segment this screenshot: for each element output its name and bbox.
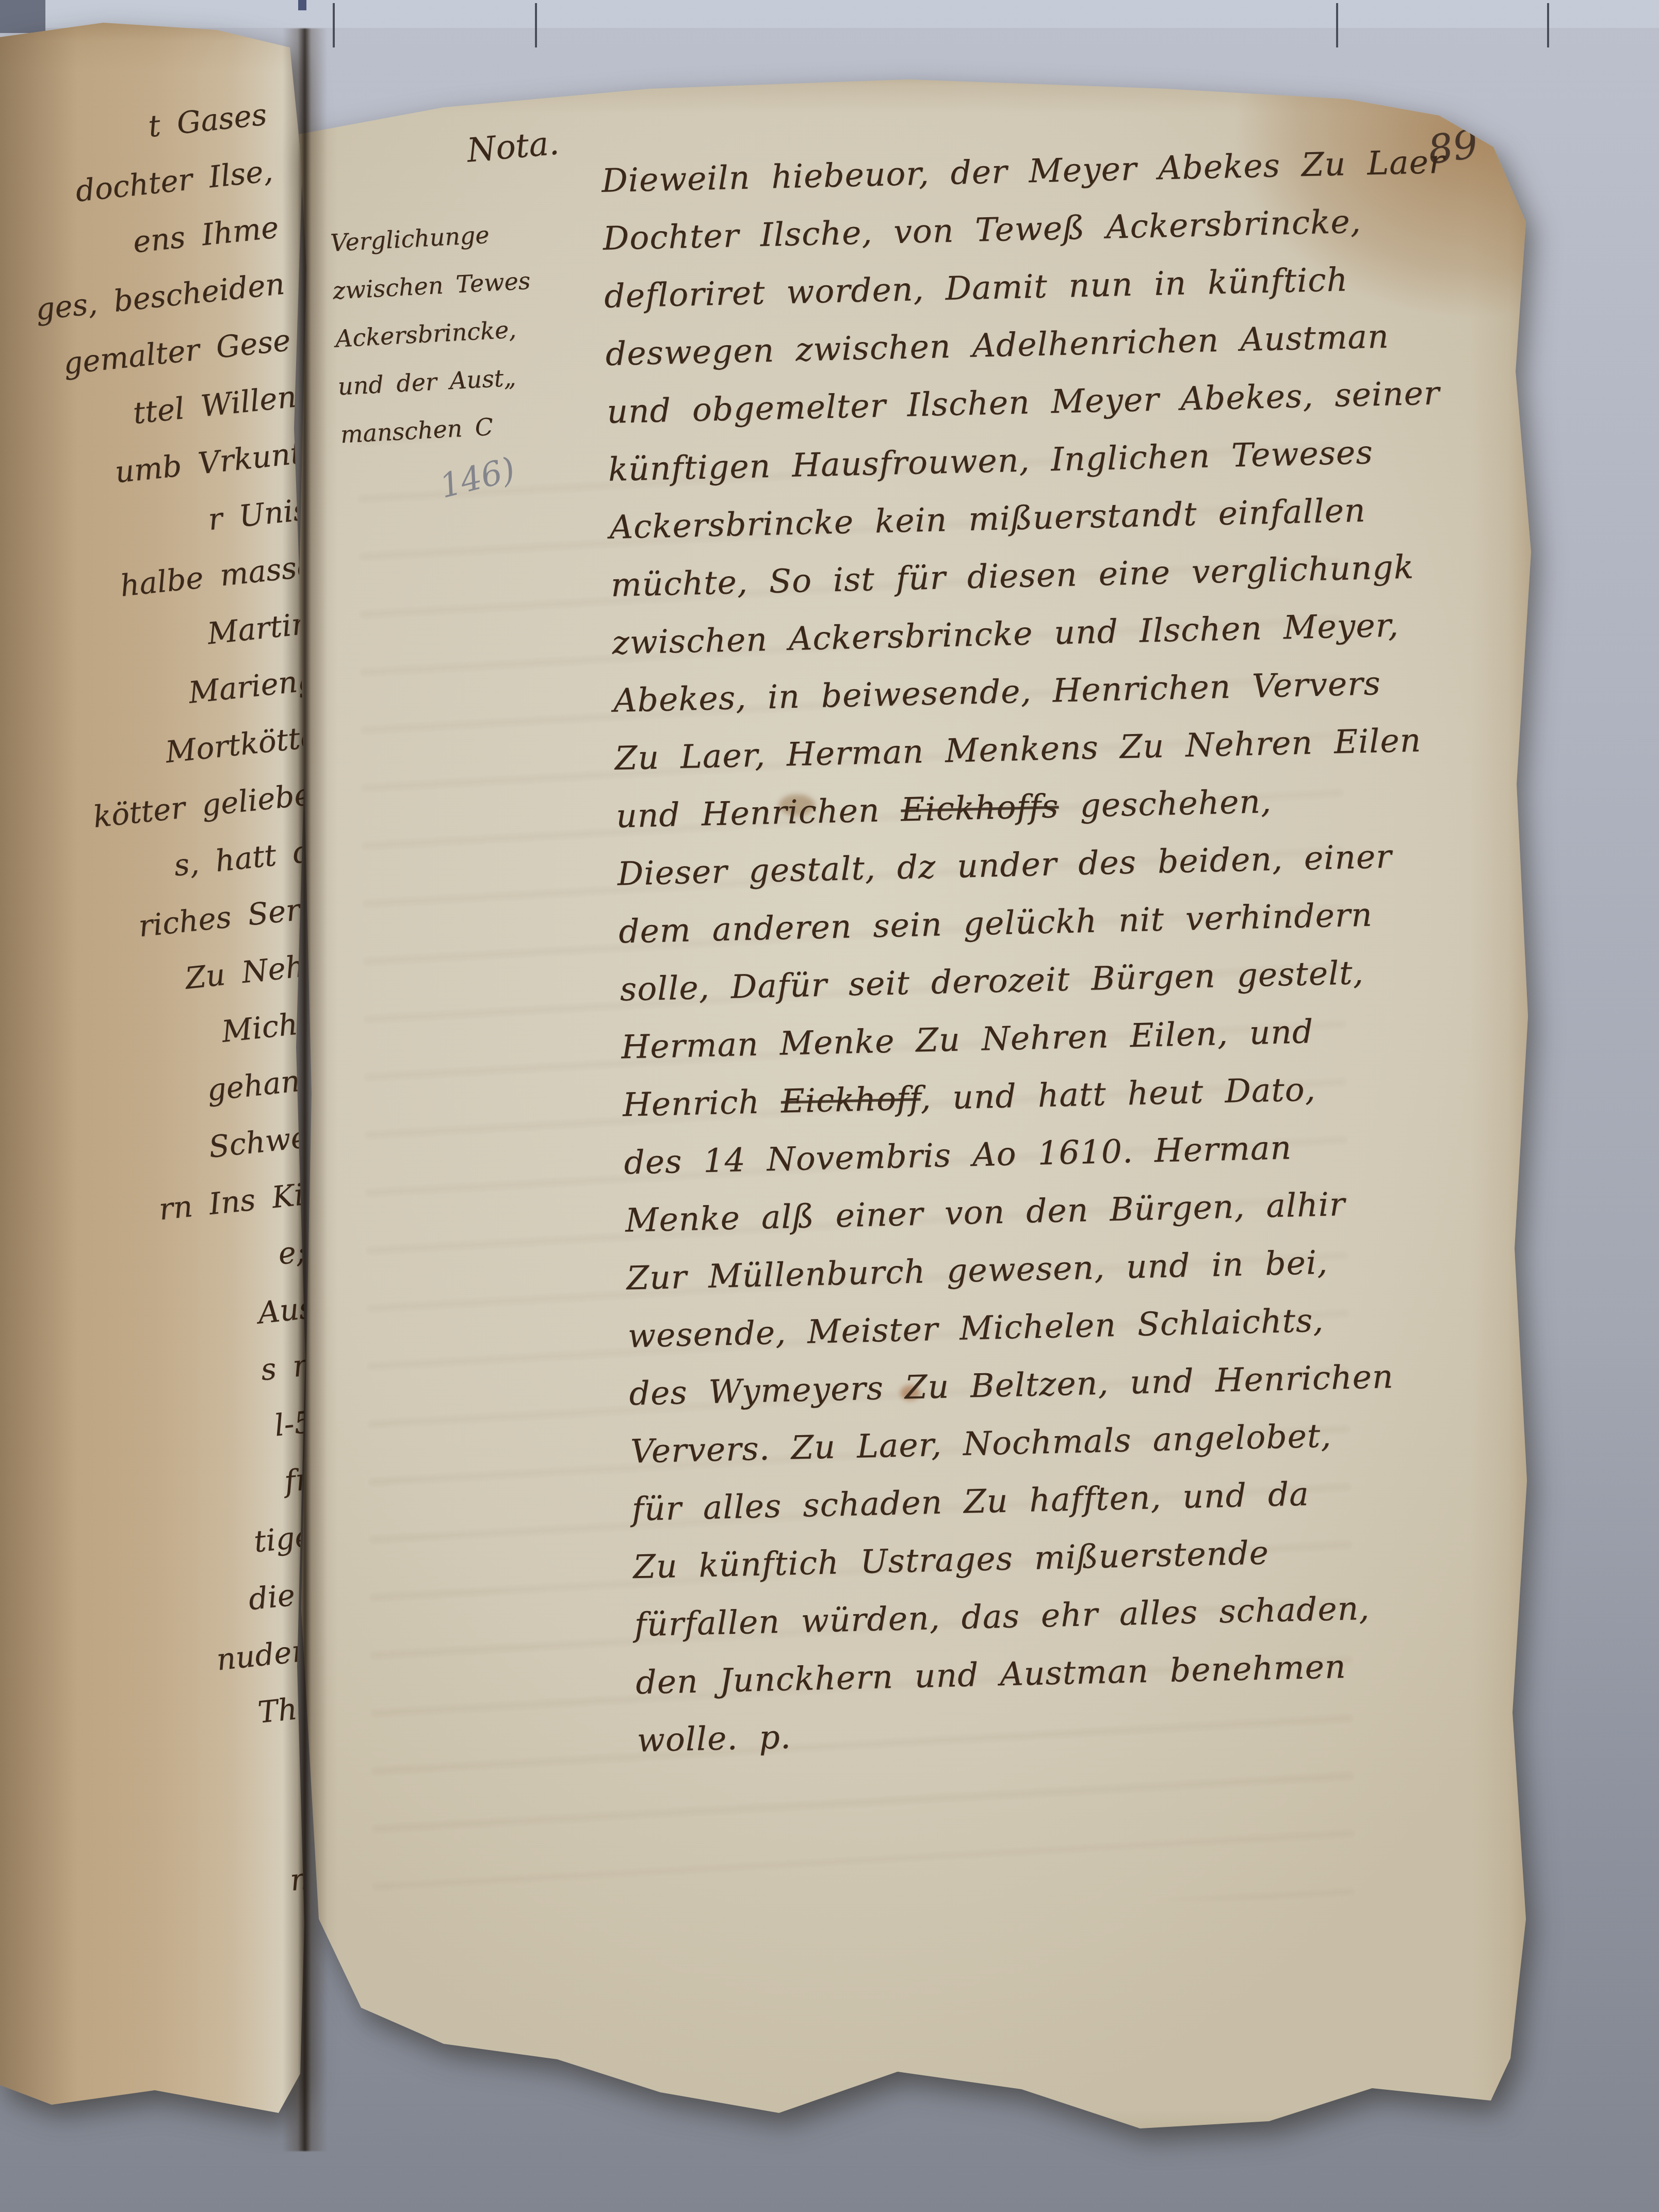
body-text: Dieweiln hiebeuor, der Meyer Abekes Zu L…	[601, 131, 1561, 1769]
registration-tick	[535, 3, 537, 47]
text-segment: umb Vrkunt	[113, 435, 304, 490]
text-segment: Verglichunge	[330, 221, 490, 257]
heading-nota: Nota.	[465, 124, 561, 170]
book-gutter-fold	[283, 28, 327, 2151]
right-page-paper: Nota. 89 146) Verglichungezwischen Tewes…	[289, 62, 1537, 2172]
struck-word: Eickhoff	[780, 1079, 921, 1120]
left-page-paper: t Gasesdochter Ilse,ens Ihmeges, beschei…	[0, 15, 312, 2151]
text-segment: zwischen Tewes	[332, 267, 531, 305]
text-segment: künftigen Hausfrouwen, Inglichen Teweses	[608, 433, 1373, 489]
margin-note: Verglichungezwischen TewesAckersbrincke,…	[329, 206, 584, 459]
manuscript-photograph: t Gasesdochter Ilse,ens Ihmeges, beschei…	[0, 0, 1659, 2212]
text-segment: Herman Menke Zu Nehren Eilen, und	[621, 1013, 1314, 1066]
text-segment: fürfallen würden, das ehr alles schaden,	[634, 1589, 1370, 1644]
text-segment: dochter Ilse,	[74, 153, 274, 209]
text-segment: zwischen Ackersbrincke und Ilschen Meyer…	[612, 606, 1400, 662]
text-segment: geschehen,	[1059, 783, 1272, 825]
text-segment: Ackersbrincke kein mißuerstandt einfalle…	[609, 492, 1367, 546]
right-page: Nota. 89 146) Verglichungezwischen Tewes…	[289, 62, 1537, 2172]
text-segment: solle, Dafür seit derozeit Bürgen gestel…	[620, 954, 1364, 1009]
text-segment: Dieweiln hiebeuor, der Meyer Abekes Zu L…	[601, 143, 1445, 200]
text-segment: Menke alß einer von den Bürgen, alhir	[625, 1185, 1346, 1240]
text-segment: und obgemelter Ilschen Meyer Abekes, sei…	[607, 374, 1440, 431]
text-segment: defloriret worden, Damit nun in künftich	[604, 261, 1348, 315]
text-segment: manschen C	[339, 413, 494, 448]
text-segment: des 14 Novembris Ao 1610. Herman	[624, 1129, 1292, 1181]
text-segment: Dieser gestalt, dz under des beiden, ein…	[617, 838, 1392, 893]
text-segment: Abekes, in beiwesende, Henrichen Ververs	[613, 664, 1381, 720]
text-segment: den Junckhern und Austman benehmen	[635, 1648, 1346, 1701]
text-segment: deswegen zwischen Adelhenrichen Austman	[605, 317, 1389, 372]
text-segment: wesende, Meister Michelen Schlaichts,	[627, 1302, 1324, 1355]
registration-tick	[1547, 3, 1549, 47]
text-segment: Zu Laer, Herman Menkens Zu Nehren Eilen	[614, 721, 1422, 777]
text-segment: und Henrichen	[615, 791, 901, 835]
text-segment: Ververs. Zu Laer, Nochmals angelobet,	[630, 1417, 1332, 1471]
text-segment: Ackersbrincke,	[335, 315, 517, 352]
text-segment: Zu künftich Ustrages mißuerstende	[632, 1534, 1269, 1586]
registration-mark	[298, 0, 306, 10]
text-segment: t Gases	[147, 96, 268, 144]
text-segment: , und hatt heut Dato,	[920, 1070, 1316, 1117]
text-segment: dem anderen sein gelückh nit verhindern	[618, 896, 1373, 950]
struck-word: Eickhoffs	[901, 787, 1060, 828]
text-segment: Henrich	[622, 1083, 782, 1124]
text-segment: Zur Müllenburch gewesen, und in bei,	[626, 1244, 1328, 1297]
text-segment: ttel Willen	[132, 379, 298, 431]
text-segment: wolle. p.	[637, 1718, 791, 1759]
left-page: t Gasesdochter Ilse,ens Ihmeges, beschei…	[0, 15, 312, 2151]
text-segment: Dochter Ilsche, von Teweß Ackersbrincke,	[603, 203, 1361, 257]
text-segment: des Wymeyers Zu Beltzen, und Henrichen	[629, 1358, 1394, 1413]
registration-tick	[333, 3, 335, 47]
text-segment: müchte, So ist für diesen eine verglichu…	[610, 548, 1414, 604]
text-segment: und der Aust„	[337, 364, 517, 401]
registration-tick	[1336, 3, 1338, 47]
text-segment: für alles schaden Zu hafften, und da	[631, 1475, 1310, 1528]
text-segment: ens Ihme	[131, 209, 280, 259]
